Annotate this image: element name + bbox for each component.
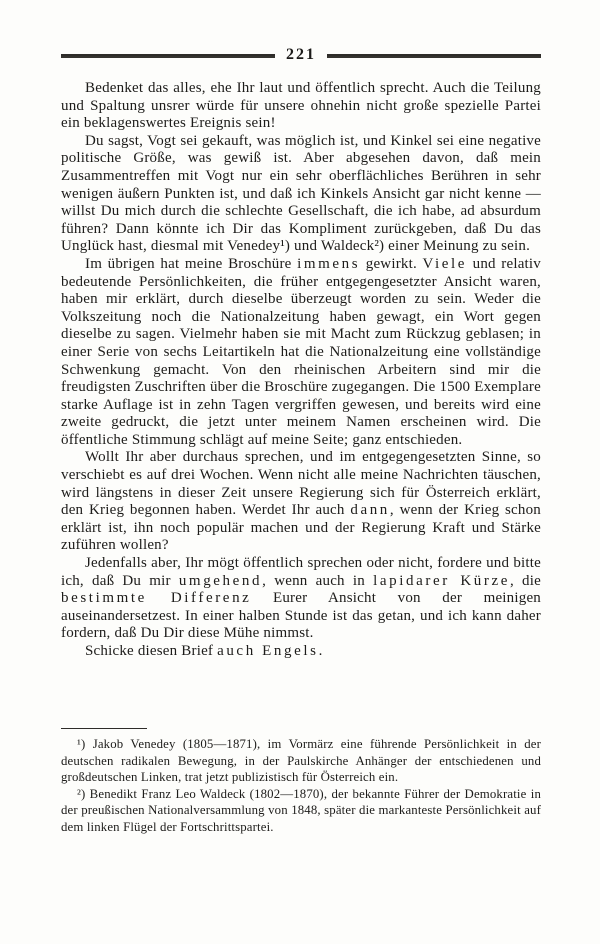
text-run: ¹) Jakob Venedey (1805—1871), im Vormärz… [61,737,541,784]
emphasized-text: umgehend [179,573,262,589]
paragraph: Im übrigen hat meine Broschüre immens ge… [61,256,541,450]
footnote-separator [61,728,147,729]
footnotes: ¹) Jakob Venedey (1805—1871), im Vormärz… [61,736,541,836]
text-run: Bedenket das alles, ehe Ihr laut und öff… [61,80,541,131]
text-run: ²) Benedikt Franz Leo Waldeck (1802—1870… [61,787,541,834]
text-run: . [319,643,323,659]
text-run: und relativ bedeutende Persönlichkeiten,… [61,256,541,448]
paragraph: Bedenket das alles, ehe Ihr laut und öff… [61,80,541,133]
emphasized-text: dann [350,502,390,518]
emphasized-text: immens [297,256,360,272]
text-run: Im übrigen hat meine Broschüre [85,256,297,272]
page-number: 221 [284,47,318,65]
book-page: 221 Bedenket das alles, ehe Ihr laut und… [0,0,600,944]
paragraph: Du sagst, Vogt sei gekauft, was möglich … [61,133,541,256]
text-run: , die [510,573,541,589]
emphasized-text: lapidarer Kürze [373,573,510,589]
emphasized-text: auch Engels [217,643,319,659]
text-run: Du sagst, Vogt sei gekauft, was möglich … [61,133,541,255]
emphasized-text: Viele [422,256,467,272]
paragraph: ²) Benedikt Franz Leo Waldeck (1802—1870… [61,786,541,836]
text-run: Schicke diesen Brief [85,643,217,659]
text-run: gewirkt. [360,256,422,272]
emphasized-text: bestimmte Differenz [61,590,251,606]
paragraph: Schicke diesen Brief auch Engels. [61,643,541,661]
header-rule-left [61,54,275,58]
paragraph: Jedenfalls aber, Ihr mögt öffentlich spr… [61,555,541,643]
header-rule-right [327,54,541,58]
text-run: , wenn auch in [262,573,373,589]
page-header: 221 [61,47,541,65]
paragraph: Wollt Ihr aber durchaus sprechen, und im… [61,449,541,555]
letter-body: Bedenket das alles, ehe Ihr laut und öff… [61,80,541,661]
paragraph: ¹) Jakob Venedey (1805—1871), im Vormärz… [61,736,541,786]
